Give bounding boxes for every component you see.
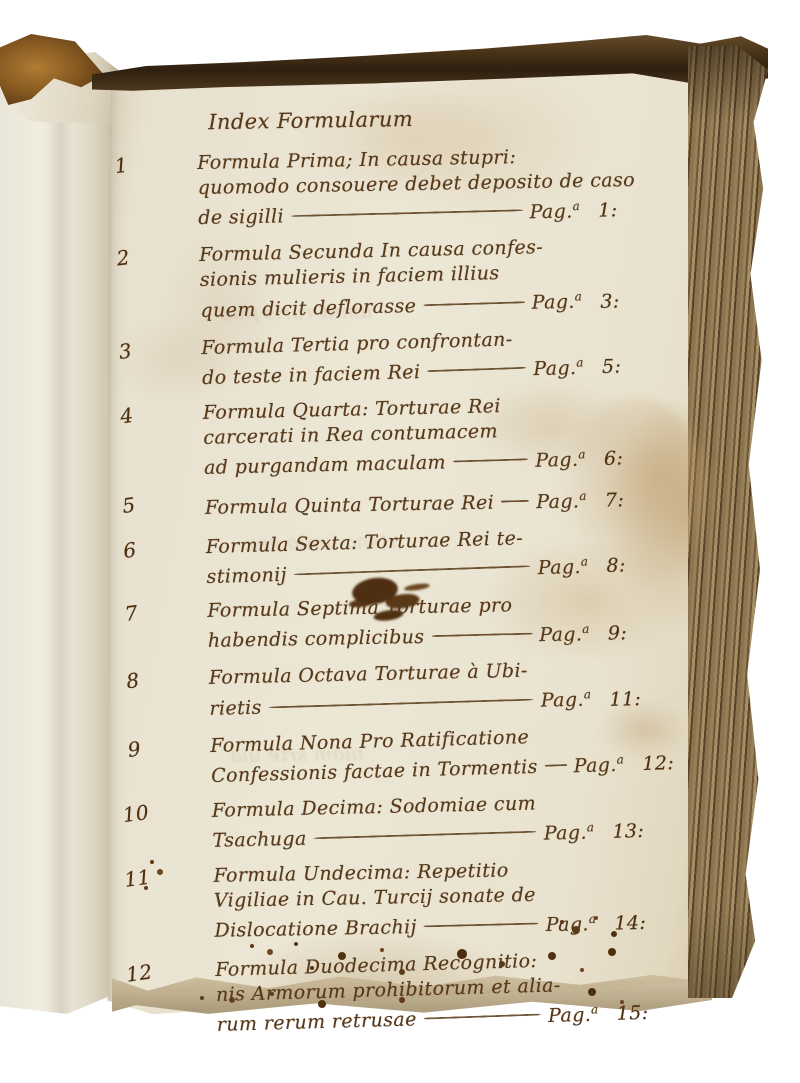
page-ref-label-sup: a — [582, 622, 590, 636]
page-ref-number: 5: — [588, 353, 655, 380]
page-ref-label-text: Pag. — [544, 822, 588, 845]
entry-line: rietis — [209, 695, 262, 721]
page-ref-label-sup: a — [584, 687, 592, 701]
index-entry: 7Formula Septima Torturae prohabendis co… — [207, 591, 660, 655]
page-ref-label-sup: a — [578, 447, 586, 461]
page-ref-label-sup: a — [575, 290, 583, 304]
page-ref-label-sup: a — [589, 912, 597, 926]
entry-last-line: Formula Quinta Torturae ReiPag.a7: — [205, 483, 657, 522]
page-ref-label: Pag.a — [539, 617, 590, 648]
entry-line: de sigilli — [198, 205, 284, 232]
page-ref-number: 3: — [586, 288, 653, 314]
page-ref-number: 6: — [590, 446, 657, 472]
page-ref-label-text: Pag. — [573, 754, 617, 777]
index-entry: 1Formula Prima; In causa stupri:quomodo … — [197, 143, 650, 232]
page-ref-label-sup: a — [572, 199, 580, 213]
index-entry: 9Formula Nona Pro RatificationeConfessio… — [210, 721, 663, 789]
ink-rule — [269, 698, 534, 708]
page-ref-label: Pag.a — [573, 747, 624, 779]
entry-number: 3 — [104, 336, 147, 365]
entry-line: habendis complicibus — [208, 625, 425, 654]
page-ref-number: 9: — [594, 621, 660, 647]
entry-number: 7 — [110, 599, 153, 628]
page-ref-number: 1: — [584, 198, 650, 224]
page-ref-label: Pag.a — [537, 549, 588, 581]
page-ref-label-text: Pag. — [536, 491, 579, 514]
page-ref-number: 14: — [600, 911, 666, 937]
curled-vellum-leaf — [0, 52, 122, 1014]
index-entry: 4Formula Quarta: Torturae Reicarcerati i… — [203, 391, 657, 482]
index-entry: 12Formula Duodecima Recognitio:nis Armor… — [215, 945, 669, 1038]
entry-number: 10 — [115, 799, 158, 828]
index-entry: 2Formula Secunda In causa confes-sionis … — [199, 233, 653, 324]
entry-number: 4 — [106, 401, 149, 430]
page-ref-label-text: Pag. — [546, 914, 589, 937]
index-entry: 3Formula Tertia pro confrontan-do teste … — [201, 323, 654, 391]
page-ref-label: Pag.a — [531, 285, 582, 316]
page-ref-label-sup: a — [591, 1002, 599, 1016]
page-ref-number: 12: — [628, 751, 674, 777]
page-ref-label-text: Pag. — [548, 1003, 592, 1026]
page-ref-label-sup: a — [581, 554, 589, 568]
page-ref-label-text: Pag. — [535, 449, 579, 472]
index-entry: 11Formula Undecima: RepetitioVigiliae in… — [213, 856, 666, 945]
page-ref-number: 13: — [598, 819, 665, 845]
entry-line: Confessionis factae in Tormentis — [211, 755, 538, 789]
entry-number: 6 — [108, 535, 151, 564]
ink-rule — [291, 210, 523, 218]
entry-line: Dislocatione Brachij — [214, 916, 417, 945]
page-ref-label-text: Pag. — [539, 623, 582, 646]
index-entry: 6Formula Sexta: Torturae Rei te-stimonij… — [205, 522, 658, 590]
ink-rule — [427, 367, 526, 372]
entry-line: Formula Quinta Torturae Rei — [205, 491, 495, 521]
entry-line: quem dicit deflorasse — [200, 294, 416, 324]
page-ref-number: 15: — [602, 1000, 669, 1027]
entry-number: 12 — [118, 958, 161, 987]
ink-rule — [424, 1013, 541, 1019]
page-ref-label: Pag.a — [545, 907, 596, 938]
index-entry: 8Formula Octava Torturae à Ubi-rietisPag… — [209, 656, 662, 722]
entry-line: do teste in faciem Rei — [202, 360, 421, 391]
page-ref-label: Pag.a — [540, 682, 591, 713]
ink-rule — [314, 831, 537, 840]
page-ref-label-sup: a — [579, 489, 587, 503]
ink-rule — [424, 923, 539, 928]
ink-rule — [431, 633, 532, 638]
ink-speckles — [200, 996, 204, 1000]
entry-line: ad purgandam maculam — [204, 451, 446, 481]
entry-number: 9 — [113, 734, 156, 763]
ink-rule — [453, 459, 528, 463]
entry-line: rum rerum retrusae — [217, 1007, 418, 1038]
ink-rule — [501, 501, 529, 504]
index-entry: 10Formula Decima: Sodomiae cumTsachugaPa… — [212, 789, 665, 855]
ink-rule — [423, 301, 525, 306]
page-ref-label-sup: a — [616, 752, 624, 766]
index-entries: 1Formula Prima; In causa stupri:quomodo … — [197, 142, 669, 1037]
page-ref-label-text: Pag. — [532, 291, 576, 314]
page-ref-label-text: Pag. — [533, 357, 577, 380]
entry-line: stimonij — [206, 563, 287, 590]
page-ref-label: Pag.a — [543, 815, 594, 846]
index-entry: 5Formula Quinta Torturae ReiPag.a7: — [205, 483, 657, 522]
page-ref-label-text: Pag. — [529, 200, 572, 223]
page-ref-number: 11: — [595, 686, 662, 712]
photo-backdrop: umnt ruris fmo rtsno iunlo em nlom srte … — [0, 0, 800, 1083]
page-ref-label: Pag.a — [535, 442, 586, 473]
entry-line: Tsachuga — [212, 827, 307, 854]
page-ref-label: Pag.a — [533, 350, 584, 382]
ink-rule — [294, 565, 531, 575]
page-ref-label-text: Pag. — [541, 689, 585, 712]
page-ref-label: Pag.a — [548, 997, 599, 1029]
page-ref-label-text: Pag. — [538, 556, 582, 579]
page-ref-label: Pag.a — [536, 484, 587, 515]
ink-rule — [545, 764, 567, 767]
index-text-layer: Index Formularum 1Formula Prima; In caus… — [196, 102, 669, 1048]
entry-number: 1 — [100, 151, 143, 180]
page-ref-label: Pag.a — [529, 194, 580, 225]
page-ref-label-sup: a — [576, 355, 584, 369]
page-ref-label-sup: a — [587, 820, 595, 834]
page-ref-number: 7: — [591, 488, 657, 514]
page-ref-number: 8: — [592, 552, 659, 579]
